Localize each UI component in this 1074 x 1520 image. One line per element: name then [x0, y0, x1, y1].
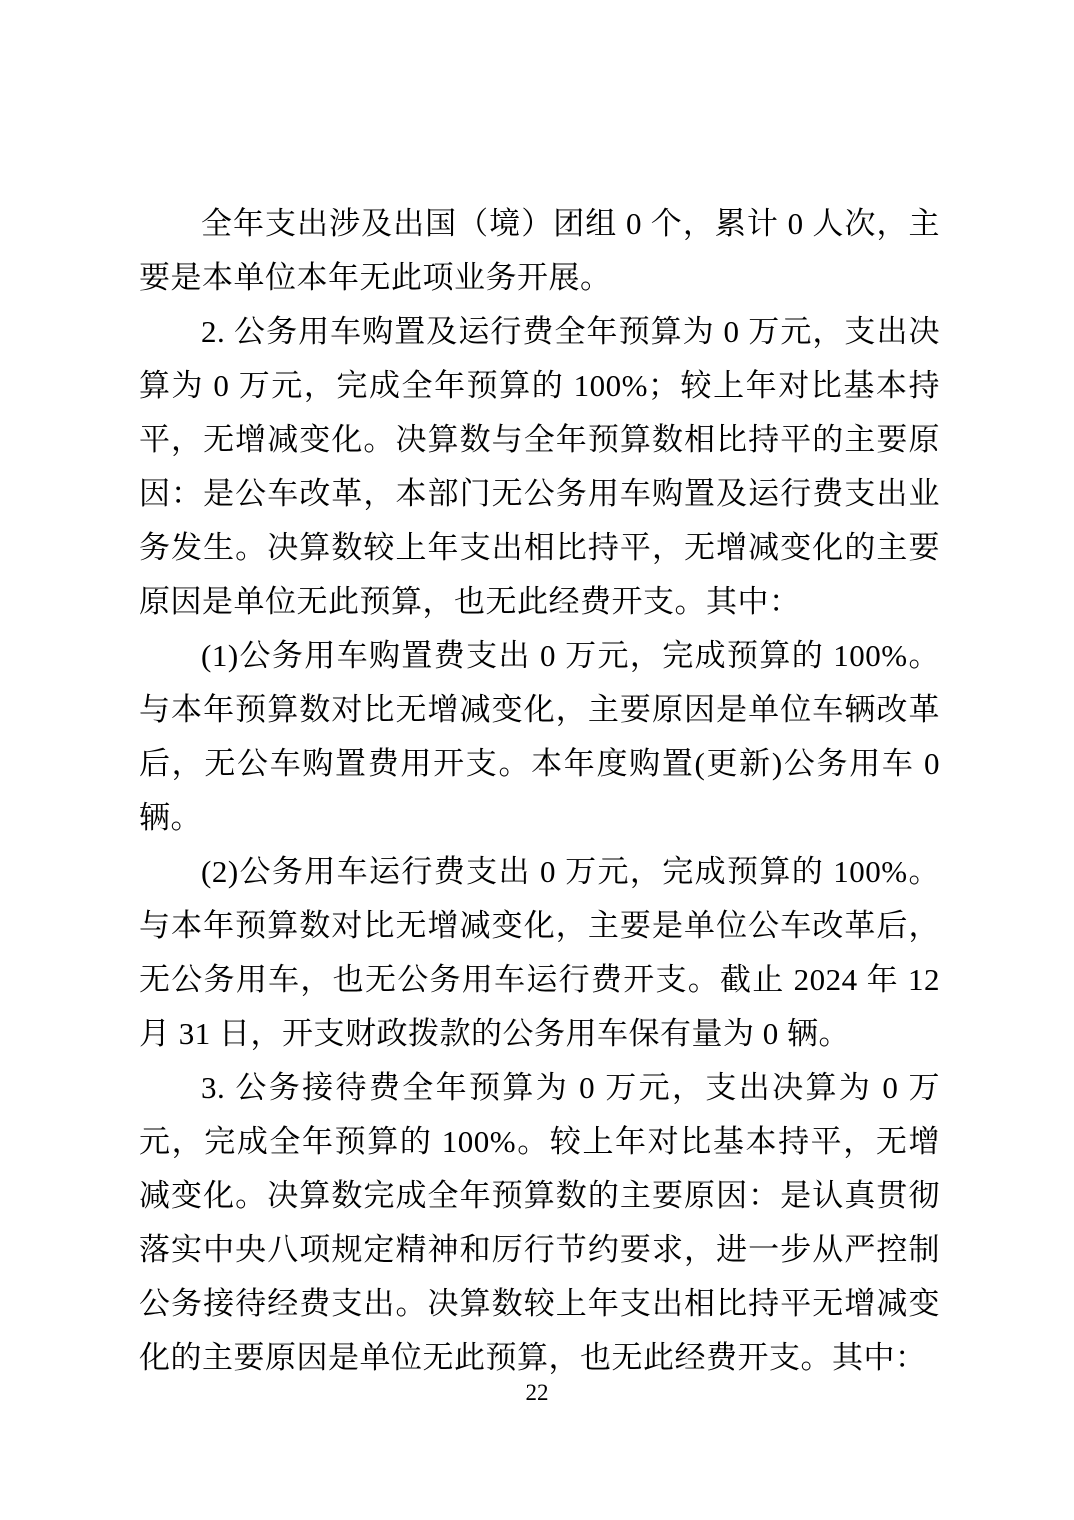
- document-page: 全年支出涉及出国（境）团组 0 个，累计 0 人次，主要是本单位本年无此项业务开…: [0, 0, 1074, 1520]
- paragraph: (1)公务用车购置费支出 0 万元，完成预算的 100%。与本年预算数对比无增减…: [139, 629, 940, 845]
- paragraph: 2. 公务用车购置及运行费全年预算为 0 万元，支出决算为 0 万元，完成全年预…: [139, 305, 940, 629]
- document-body: 全年支出涉及出国（境）团组 0 个，累计 0 人次，主要是本单位本年无此项业务开…: [139, 197, 940, 1385]
- page-number: 22: [0, 1378, 1074, 1408]
- paragraph: 3. 公务接待费全年预算为 0 万元，支出决算为 0 万元，完成全年预算的 10…: [139, 1061, 940, 1385]
- paragraph: 全年支出涉及出国（境）团组 0 个，累计 0 人次，主要是本单位本年无此项业务开…: [139, 197, 940, 305]
- paragraph: (2)公务用车运行费支出 0 万元，完成预算的 100%。与本年预算数对比无增减…: [139, 845, 940, 1061]
